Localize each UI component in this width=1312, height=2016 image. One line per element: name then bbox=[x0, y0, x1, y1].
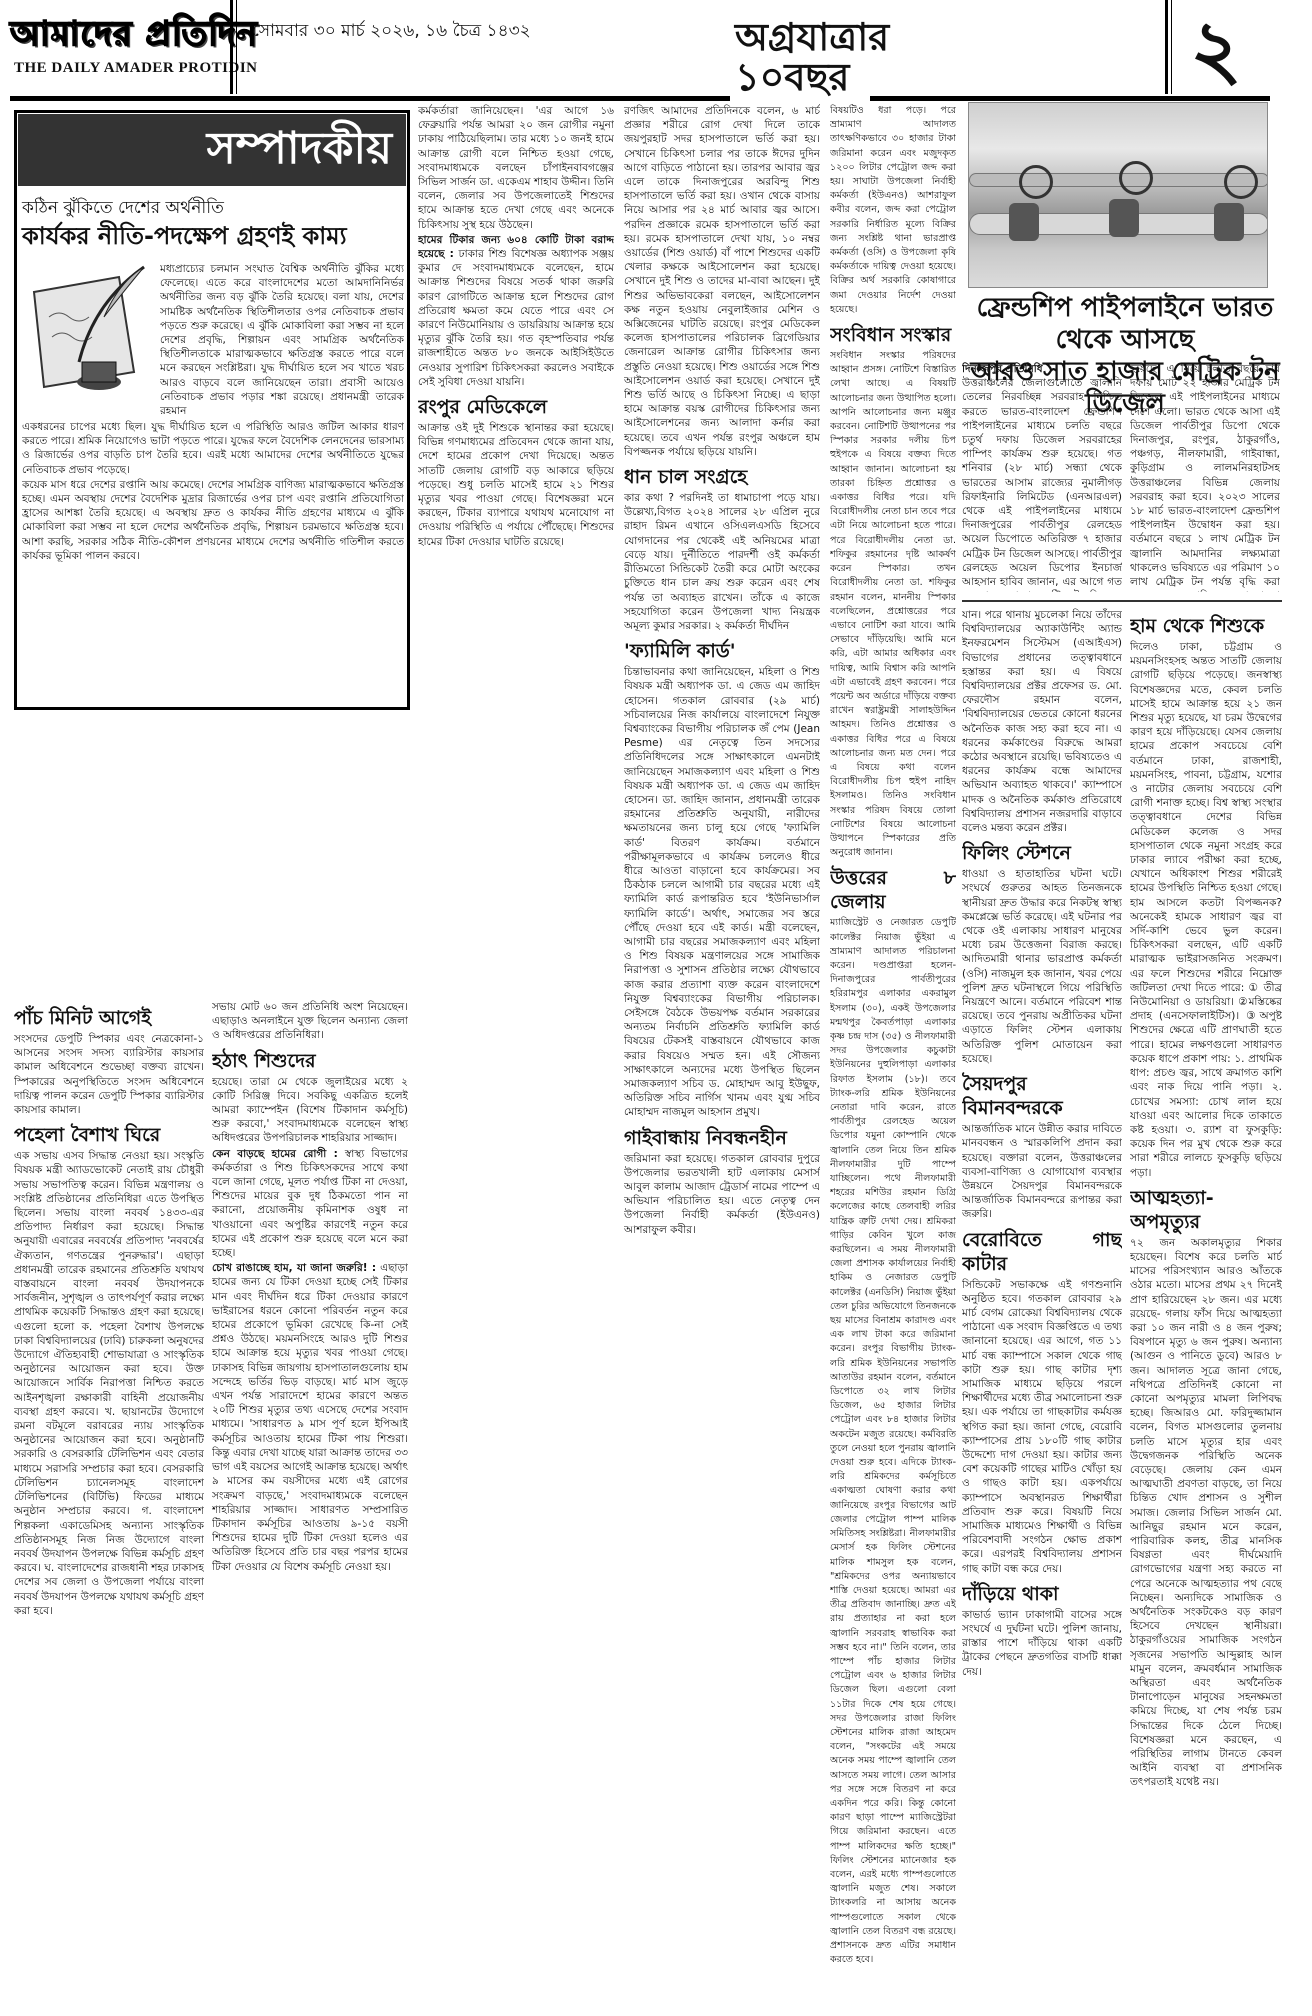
article-heading: সৈয়দপুর বিমানবন্দরকে bbox=[962, 1072, 1122, 1120]
column-4: রণজিৎ আমাদের প্রতিদিনকে বলেন, ৬ মার্চ প্… bbox=[624, 104, 820, 2010]
article-heading: ফিলিং স্টেশনে bbox=[962, 841, 1122, 865]
newspaper-logo: আমাদের প্রতিদিন bbox=[10, 8, 258, 65]
anniversary-badge-line1: অগ্রযাত্রার bbox=[735, 18, 889, 56]
editorial-title: কার্যকর নীতি-পদক্ষেপ গ্রহণই কাম্য bbox=[22, 218, 347, 258]
column-8: হাম থেকে শিশুকে দিলেও ঢাকা, চট্টগ্রাম ও … bbox=[1130, 608, 1282, 2010]
column-1: পাঁচ মিনিট আগেই সংসদের ডেপুটি স্পিকার এব… bbox=[14, 1000, 204, 2010]
pipeline-valves-photo bbox=[968, 102, 1268, 288]
article-heading: হাম থেকে শিশুকে bbox=[1130, 614, 1282, 638]
quill-inkpot-icon bbox=[24, 262, 154, 402]
masthead-divider bbox=[230, 0, 233, 94]
article-heading: দাঁড়িয়ে থাকা bbox=[962, 1582, 1122, 1606]
article-heading: উত্তরের ৮ জেলায় bbox=[830, 866, 956, 914]
anniversary-badge-line2: ১০বছর bbox=[735, 58, 849, 96]
issue-date: সোমবার ৩০ মার্চ ২০২৬, ১৬ চৈত্র ১৪৩২ bbox=[252, 18, 531, 46]
column-5: বিষয়টিও ধরা পড়ে। পরে ভ্রাম্যমাণ আদালত … bbox=[830, 104, 956, 2010]
article-heading: গাইবান্ধায় নিবন্ধনহীন bbox=[624, 1126, 820, 1150]
column-7: যান। পরে থানায় মুচলেকা নিয়ে তাঁদের বিশ… bbox=[962, 608, 1122, 2010]
article-heading: পাঁচ মিনিট আগেই bbox=[14, 1006, 204, 1030]
masthead-divider bbox=[1165, 0, 1168, 94]
column-2: সভায় মোট ৬০ জন প্রতিনিধি অংশ নিয়েছেন। … bbox=[212, 1000, 408, 2010]
article-heading: হঠাৎ শিশুদের bbox=[212, 1049, 408, 1073]
masthead-rule bbox=[10, 96, 730, 101]
article-heading: পহেলা বৈশাখ ঘিরে bbox=[14, 1123, 204, 1147]
column-3: কর্মকর্তারা জানিয়েছেন। 'এর আগে ১৬ ফেব্র… bbox=[418, 104, 614, 2010]
page-number: ২ bbox=[1190, 10, 1242, 90]
article-heading: আত্মহত্যা-অপমৃত্যুর bbox=[1130, 1186, 1282, 1234]
editorial-banner: সম্পাদকীয় bbox=[18, 114, 406, 186]
masthead-divider bbox=[1171, 0, 1172, 94]
byline: দিনাজপুর প্রতিনিধি bbox=[962, 362, 1122, 376]
lead-story-col-a: দিনাজপুর প্রতিনিধি উত্তরাঞ্চলের জেলাগুলো… bbox=[962, 362, 1122, 592]
lead-story-col-b: হয়েছে। এ নিয়ে চলতি বছরে চার দফায় মোট … bbox=[1130, 362, 1280, 592]
editorial-body: একধরনের চাপের মধ্যে ছিল। যুদ্ধ দীর্ঘায়ি… bbox=[22, 420, 404, 704]
newspaper-name-english: THE DAILY AMADER PROTIDIN bbox=[14, 60, 258, 77]
editorial-paragraph: কয়েক মাস ধরে দেশের রপ্তানি আয় কমেছে। দ… bbox=[22, 478, 404, 563]
article-heading: সংবিধান সংস্কার bbox=[830, 323, 956, 347]
article-heading: 'ফ্যামিলি কার্ড' bbox=[624, 639, 820, 663]
article-heading: রংপুর মেডিকেলে bbox=[418, 395, 614, 419]
masthead-divider bbox=[236, 0, 237, 94]
masthead-rule bbox=[870, 96, 1270, 101]
editorial-paragraph: একধরনের চাপের মধ্যে ছিল। যুদ্ধ দীর্ঘায়ি… bbox=[22, 420, 404, 477]
article-heading: বেরোবিতে গাছ কাটার bbox=[962, 1228, 1122, 1276]
article-heading: ধান চাল সংগ্রহে bbox=[624, 465, 820, 489]
section-divider bbox=[962, 600, 1282, 602]
editorial-body-top: মধ্যপ্রাচ্যের চলমান সংঘাত বৈশ্বিক অর্থনী… bbox=[160, 262, 404, 414]
